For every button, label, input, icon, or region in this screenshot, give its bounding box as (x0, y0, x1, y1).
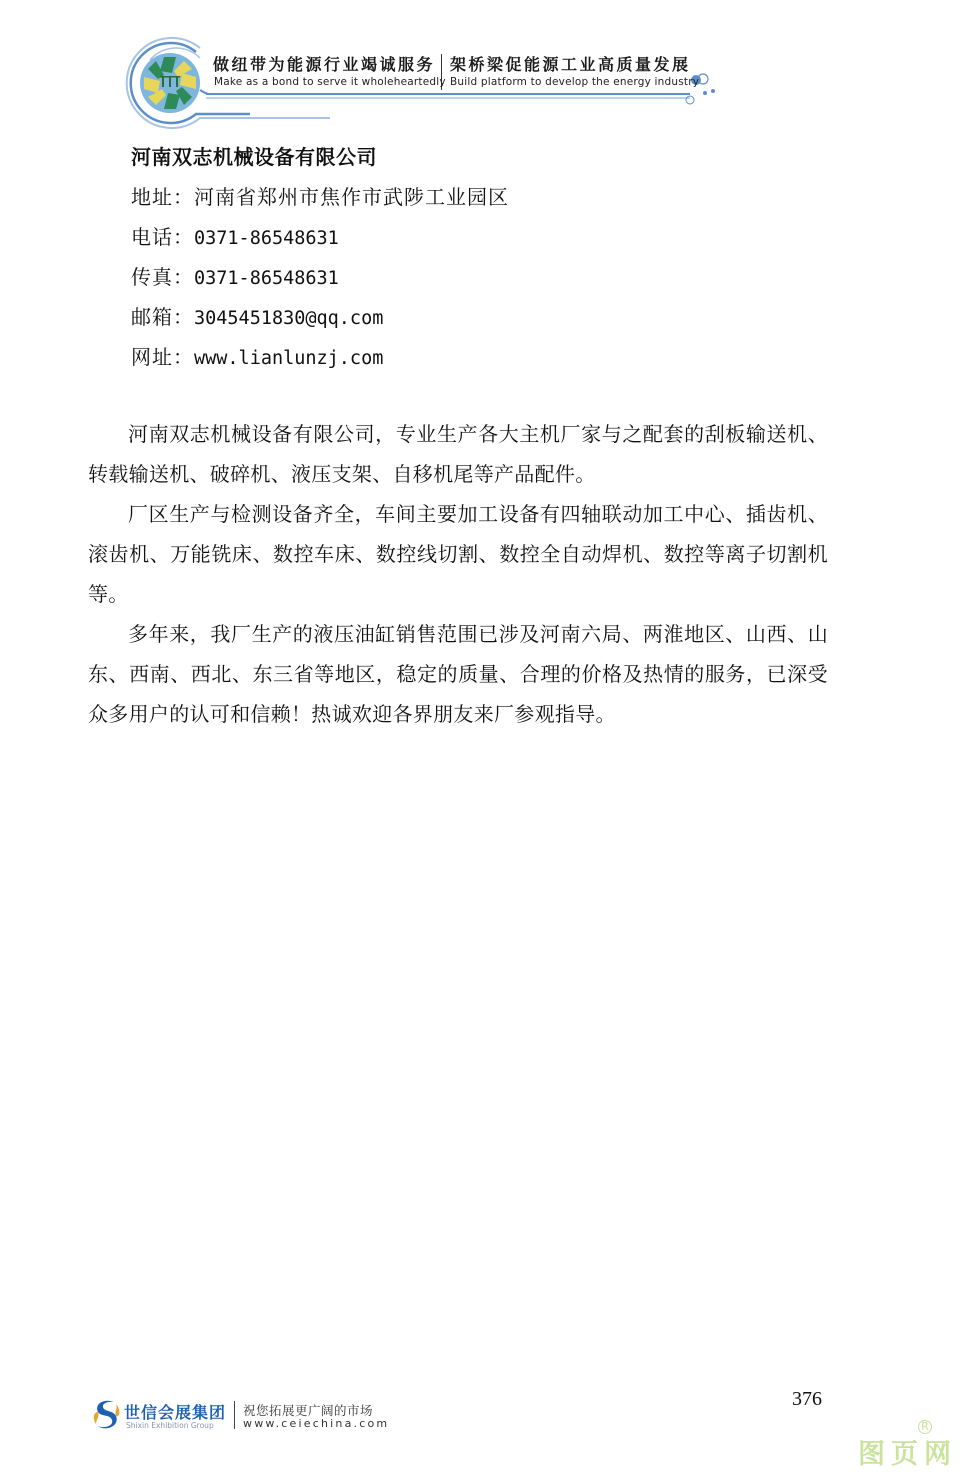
registered-mark-icon: R (918, 1420, 932, 1434)
contact-phone: 电话：0371-86548631 (131, 221, 339, 250)
energy-emblem-icon (137, 50, 203, 116)
paragraph: 厂区生产与检测设备齐全，车间主要加工设备有四轴联动加工中心、插齿机、滚齿机、万能… (88, 494, 828, 614)
contact-address: 地址：河南省郑州市焦作市武陟工业园区 (131, 181, 509, 210)
contact-website: 网址：www.lianlunzj.com (131, 341, 383, 370)
contact-value: 0371-86548631 (194, 228, 339, 249)
page-number: 376 (792, 1388, 822, 1411)
paragraph: 多年来，我厂生产的液压油缸销售范围已涉及河南六局、两淮地区、山西、山东、西南、西… (88, 614, 828, 734)
footer-brand-en: Shixin Exhibition Group (126, 1421, 214, 1430)
contact-fax: 传真：0371-86548631 (131, 261, 339, 290)
header-slogan-left-en: Make as a bond to serve it wholeheartedl… (214, 76, 446, 88)
shixin-logo-icon (92, 1398, 122, 1430)
contact-value: 河南省郑州市焦作市武陟工业园区 (194, 185, 509, 209)
header-slogan-right-cn: 架桥梁促能源工业高质量发展 (450, 52, 691, 75)
watermark-text: 图页网 (858, 1432, 957, 1471)
contact-label: 地址： (131, 185, 194, 209)
company-name-heading: 河南双志机械设备有限公司 (131, 141, 377, 170)
paragraph: 河南双志机械设备有限公司，专业生产各大主机厂家与之配套的刮板输送机、转载输送机、… (88, 414, 828, 494)
footer-divider (234, 1401, 235, 1429)
contact-value: 0371-86548631 (194, 268, 339, 289)
contact-email: 邮箱：3045451830@qq.com (131, 301, 383, 330)
contact-label: 邮箱： (131, 305, 194, 329)
footer-url: www.ceiechina.com (243, 1417, 389, 1430)
header-slogan-left-cn: 做纽带为能源行业竭诚服务 (213, 52, 435, 75)
contact-value: 3045451830@qq.com (194, 308, 383, 329)
contact-label: 传真： (131, 265, 194, 289)
footer-brand-name: 世信会展集团 (124, 1400, 226, 1423)
contact-value: www.lianlunzj.com (194, 348, 383, 369)
header-banner: 做纽带为能源行业竭诚服务 架桥梁促能源工业高质量发展 Make as a bon… (0, 0, 980, 130)
contact-label: 电话： (131, 225, 194, 249)
header-slogan-right-en: Build platform to develop the energy ind… (450, 76, 699, 88)
company-description: 河南双志机械设备有限公司，专业生产各大主机厂家与之配套的刮板输送机、转载输送机、… (88, 414, 828, 734)
contact-label: 网址： (131, 345, 194, 369)
